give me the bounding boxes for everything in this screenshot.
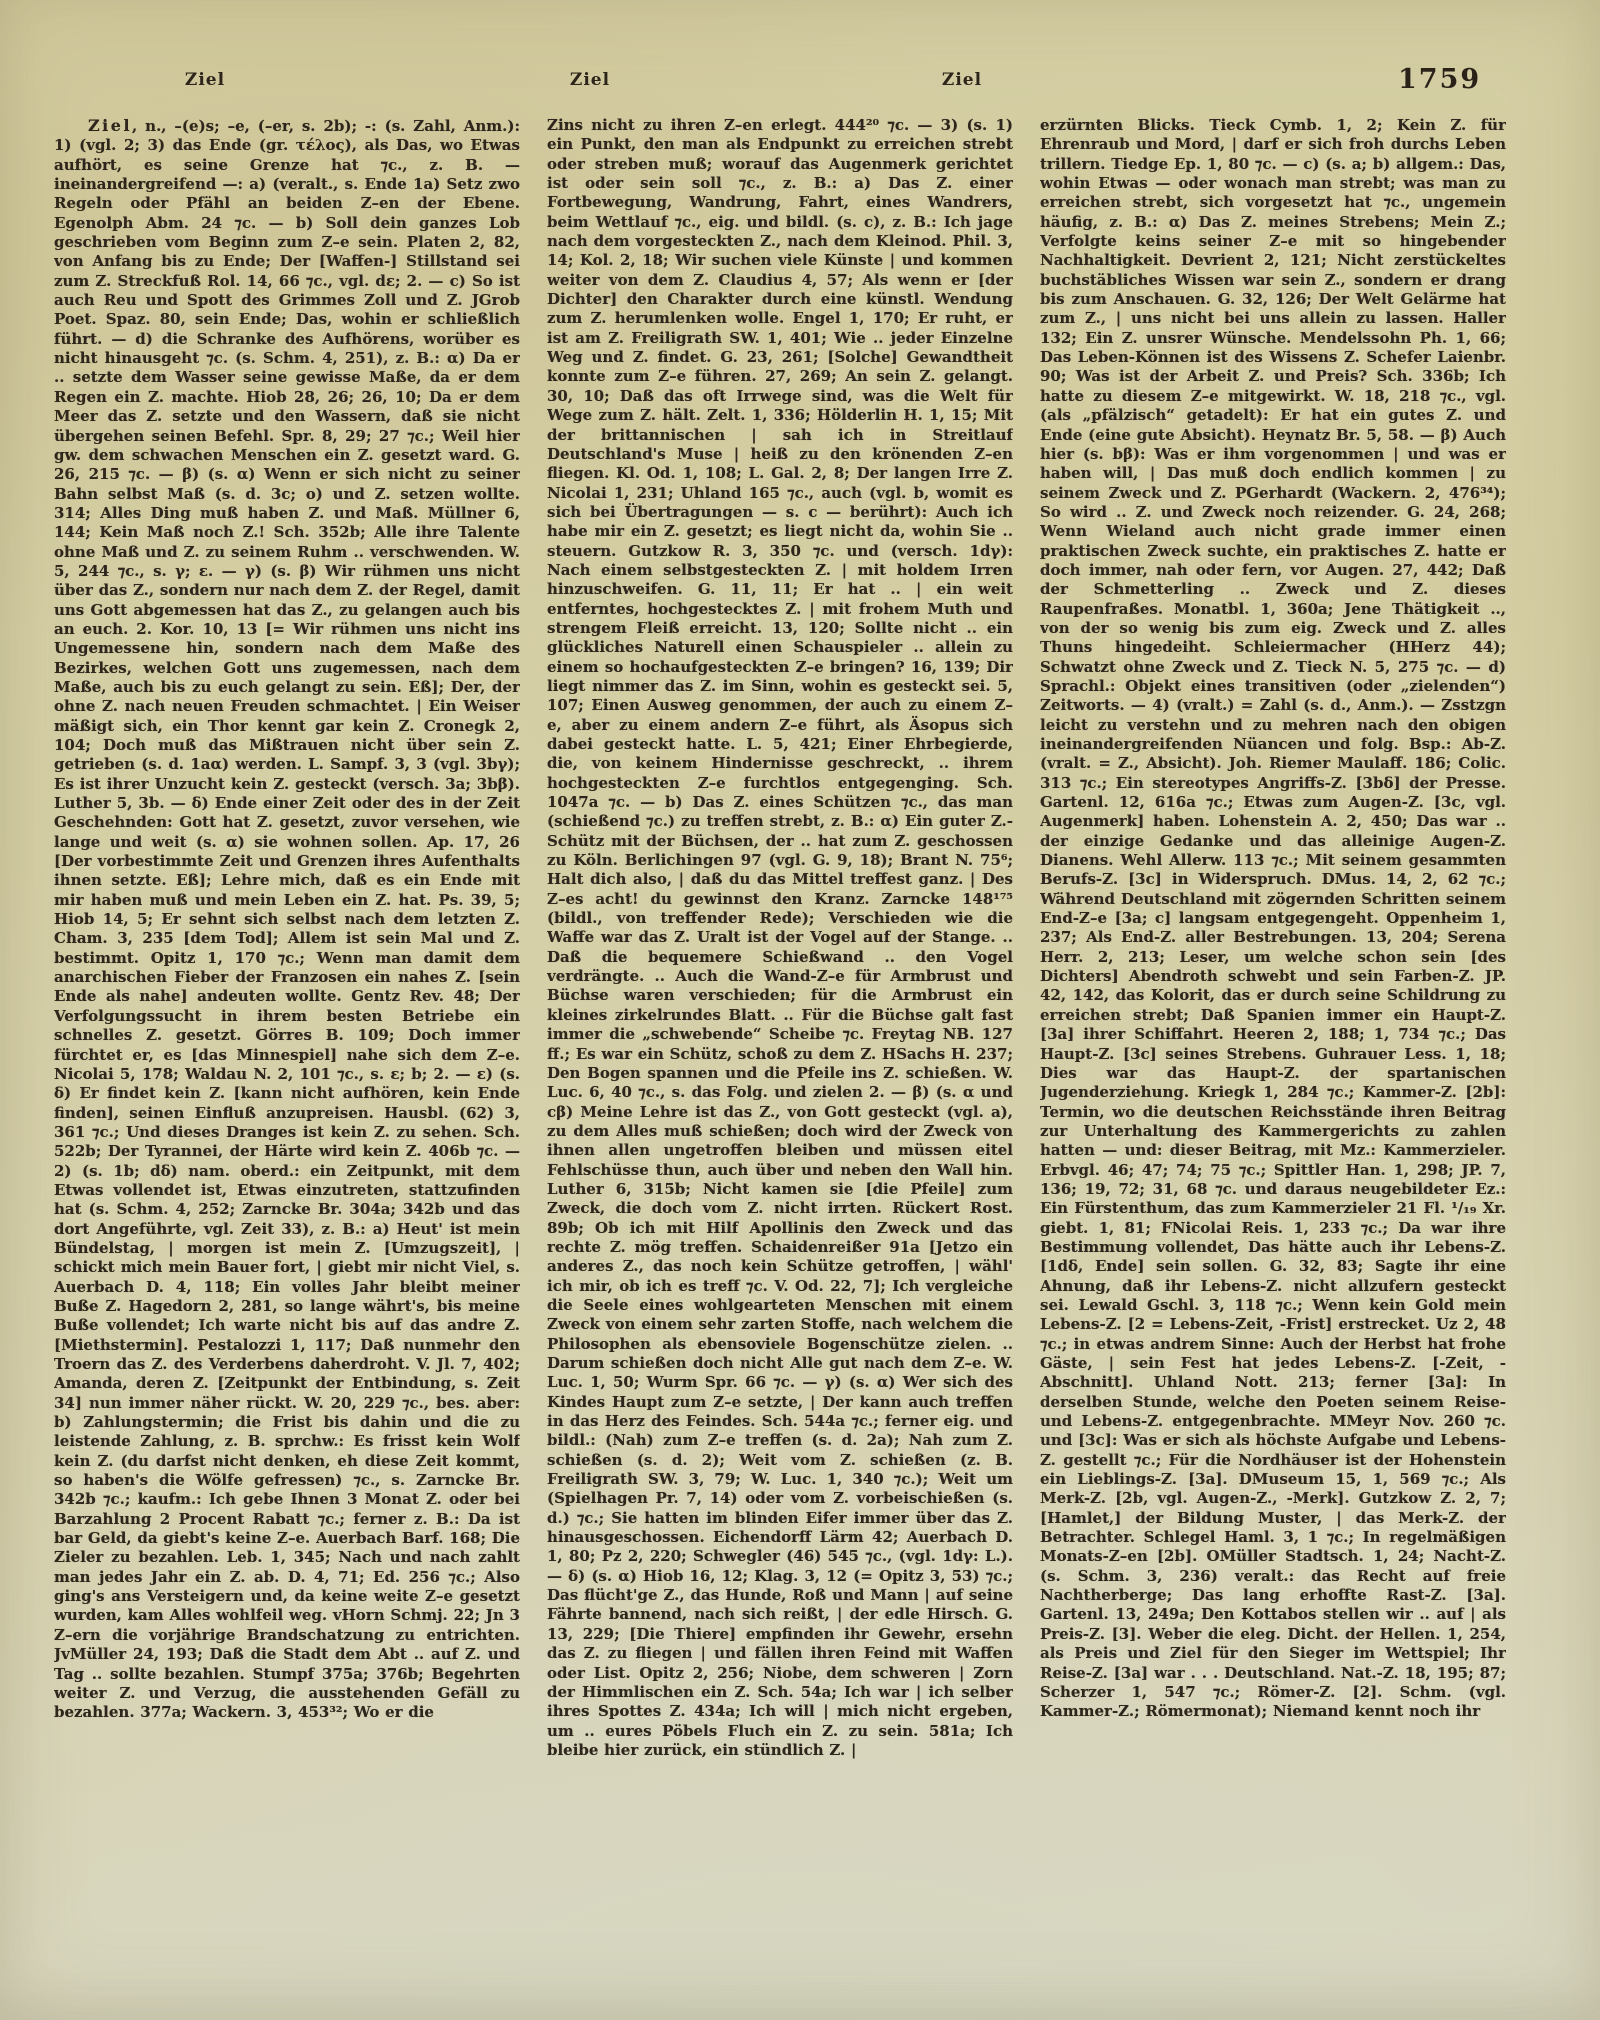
column-1-text: , n., –(e)s; –e, (–er, s. 2b); -: (s. Za… bbox=[54, 117, 520, 1721]
running-title-left: Ziel bbox=[185, 70, 225, 90]
running-title-right: Ziel bbox=[942, 70, 982, 90]
entry-headword: Ziel bbox=[88, 116, 132, 135]
column-2: Zins nicht zu ihren Z–en erlegt. 444²⁰ ⁊… bbox=[547, 116, 1013, 1884]
column-1: Ziel, n., –(e)s; –e, (–er, s. 2b); -: (s… bbox=[54, 116, 520, 1884]
running-title-center: Ziel bbox=[570, 70, 610, 90]
dictionary-page: Ziel Ziel Ziel 1759 Ziel, n., –(e)s; –e,… bbox=[0, 0, 1600, 2020]
text-columns: Ziel, n., –(e)s; –e, (–er, s. 2b); -: (s… bbox=[54, 116, 1546, 1884]
page-number: 1759 bbox=[1398, 64, 1481, 95]
running-head: Ziel Ziel Ziel 1759 bbox=[0, 64, 1600, 98]
column-3: erzürnten Blicks. Tieck Cymb. 1, 2; Kein… bbox=[1040, 116, 1506, 1884]
